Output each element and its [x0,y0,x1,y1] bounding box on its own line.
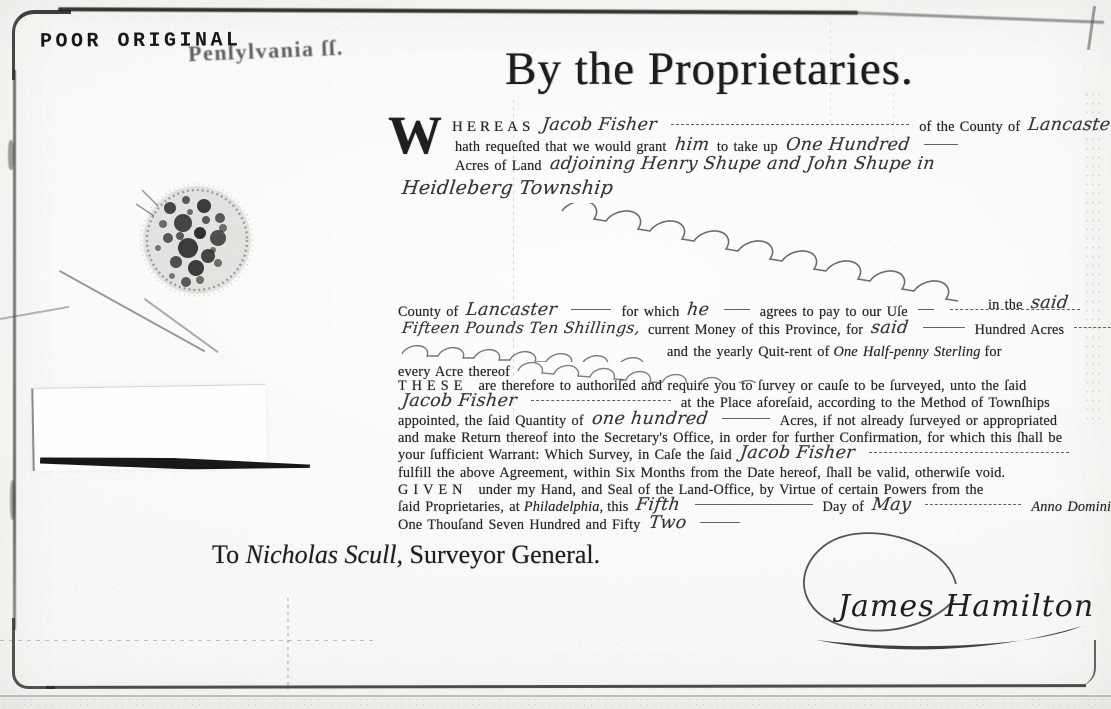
top-torn-edge [58,7,858,14]
horizontal-fold-crease [0,640,378,641]
printed-text: appointed, the ſaid Quantity of [398,413,584,429]
para3-line6: fulfill the above Agreement, within Six … [398,464,1005,482]
printed-text: Day of [823,499,865,515]
handwritten-text: he [686,302,710,319]
ink-blotch [10,480,15,520]
printed-text: your ſufficient Warrant: Which Survey, i… [398,447,732,463]
dash-rule [924,144,958,147]
document-title: By the Proprietaries. [505,42,914,96]
ink-blotch [8,140,14,170]
dash-rule [925,504,1021,507]
handwritten-text: him [673,137,709,154]
dash-rule [695,504,813,507]
right-edge-speckles [1084,90,1104,420]
printed-text: hath requeſted that we would grant [455,139,667,155]
dash-rule [571,309,611,312]
dash-rule [923,327,965,330]
poor-original-stamp: POOR ORIGINAL [40,29,242,53]
printed-text: To [212,540,239,569]
fold-line [0,306,69,320]
printed-text: for [985,344,1002,360]
handwritten-month: May [871,497,912,514]
dash-rule [1074,327,1111,330]
handwritten-acreage: One Hundred [785,137,911,154]
printed-text: for which [621,304,679,320]
printed-text: and make Return thereof into the Secreta… [398,430,1062,446]
dash-rule [918,309,934,312]
para3-line2: Jacob Fisher at the Place aforeſaid, acc… [398,394,1050,412]
para3-line3: appointed, the ſaid Quantity of one hund… [398,412,1057,430]
handwritten-grantee-name: Jacob Fisher [541,117,658,134]
printed-text: current Money of this Province, for [648,322,863,338]
handwritten-quantity: one hundred [591,411,709,428]
handwritten-payment: Fifteen Pounds Ten Shillings, [401,320,641,337]
para3-line4: and make Return thereof into the Secreta… [398,429,1062,447]
bottom-scan-strip [0,697,1111,709]
para3-line9: One Thouſand Seven Hundred and Fifty Two [398,516,746,534]
printed-text: and the yearly Quit-rent of [667,344,830,360]
top-right-mark [1087,6,1096,50]
vertical-fold-crease [287,598,289,690]
surveyor-name: Nicholas Scull, [246,540,403,569]
dash-rule [869,452,1069,455]
handwritten-county: Lancaster [1027,117,1111,134]
printed-text: County of [398,304,458,320]
printed-text: HEREAS [452,119,534,135]
handwritten-county: Lancaster [465,302,558,319]
signature-name: James Hamilton [832,589,1094,624]
handwritten-text: said [870,320,910,337]
para1-line3: Acres of Land adjoining Henry Shupe and … [455,157,939,175]
bottom-left-corner-edge [12,618,55,689]
para3-line5: your ſufficient Warrant: Which Survey, i… [398,446,1075,464]
seal-stamp [126,176,268,312]
handwritten-grantee-name: Jacob Fisher [739,445,856,462]
printed-text: this [607,499,628,515]
dash-rule [700,522,740,525]
para2-line2: Fifteen Pounds Ten Shillings, current Mo… [398,321,1111,339]
printed-text: of the County of [919,119,1020,135]
handwritten-township: Heidleberg Township [401,180,614,197]
bottom-crease [46,684,1086,688]
printed-text: Acres of Land [455,158,542,174]
printed-italic-text: One Half-penny Sterling [834,344,981,360]
dropcap-w: W [388,108,442,162]
printed-text: Acres, if not already ſurveyed or approp… [780,413,1058,429]
bottom-right-curl [1078,640,1096,686]
handwritten-adjoining: adjoining Henry Shupe and John Shupe in [549,156,936,173]
printed-text: ſaid Proprietaries, at [398,499,520,515]
scanned-land-warrant: Penſylvania ſſ. By the Proprietaries. PO… [0,0,1111,709]
printed-text: Hundred Acres [975,322,1065,338]
printed-text: at the Place aforeſaid, according to the… [681,395,1050,411]
handwritten-grantee-name: Jacob Fisher [401,393,518,410]
signature-oval-flourish [804,533,956,630]
dash-rule [724,309,750,312]
printed-italic-text: Philadelphia, [524,499,603,515]
top-torn-edge-right [852,11,1104,24]
signature-block: James Hamilton [786,512,1108,652]
printed-text: fulfill the above Agreement, within Six … [398,465,1005,481]
dash-rule [722,418,770,421]
handwritten-year: Two [648,515,688,532]
handwritten-day: Fifth [635,497,681,514]
surveyor-title: Surveyor General. [410,540,601,569]
bottom-edge-line [0,695,1111,697]
para3-line8: ſaid Proprietaries, at Philadelphia, thi… [398,498,1111,516]
dash-rule [950,309,1080,312]
dash-rule [671,124,909,127]
fold-line [144,298,219,353]
flourish-loops-diagonal [556,203,996,311]
printed-text: One Thouſand Seven Hundred and Fifty [398,517,641,533]
dash-rule [531,400,671,403]
printed-italic-text: Anno Domini [1031,499,1111,515]
printed-text: to take up [717,139,778,155]
printed-text: GIVEN [398,482,467,498]
signature-underline-swash [816,626,1082,649]
para1-line4: Heidleberg Township [398,181,617,199]
printed-text: are therefore to authoriſed and require … [478,378,1026,394]
surveyor-address-line: To Nicholas Scull, Surveyor General. [212,540,600,570]
para1-line1: HEREAS Jacob Fisher of the County of Lan… [452,118,1111,136]
fold-line [59,270,205,352]
